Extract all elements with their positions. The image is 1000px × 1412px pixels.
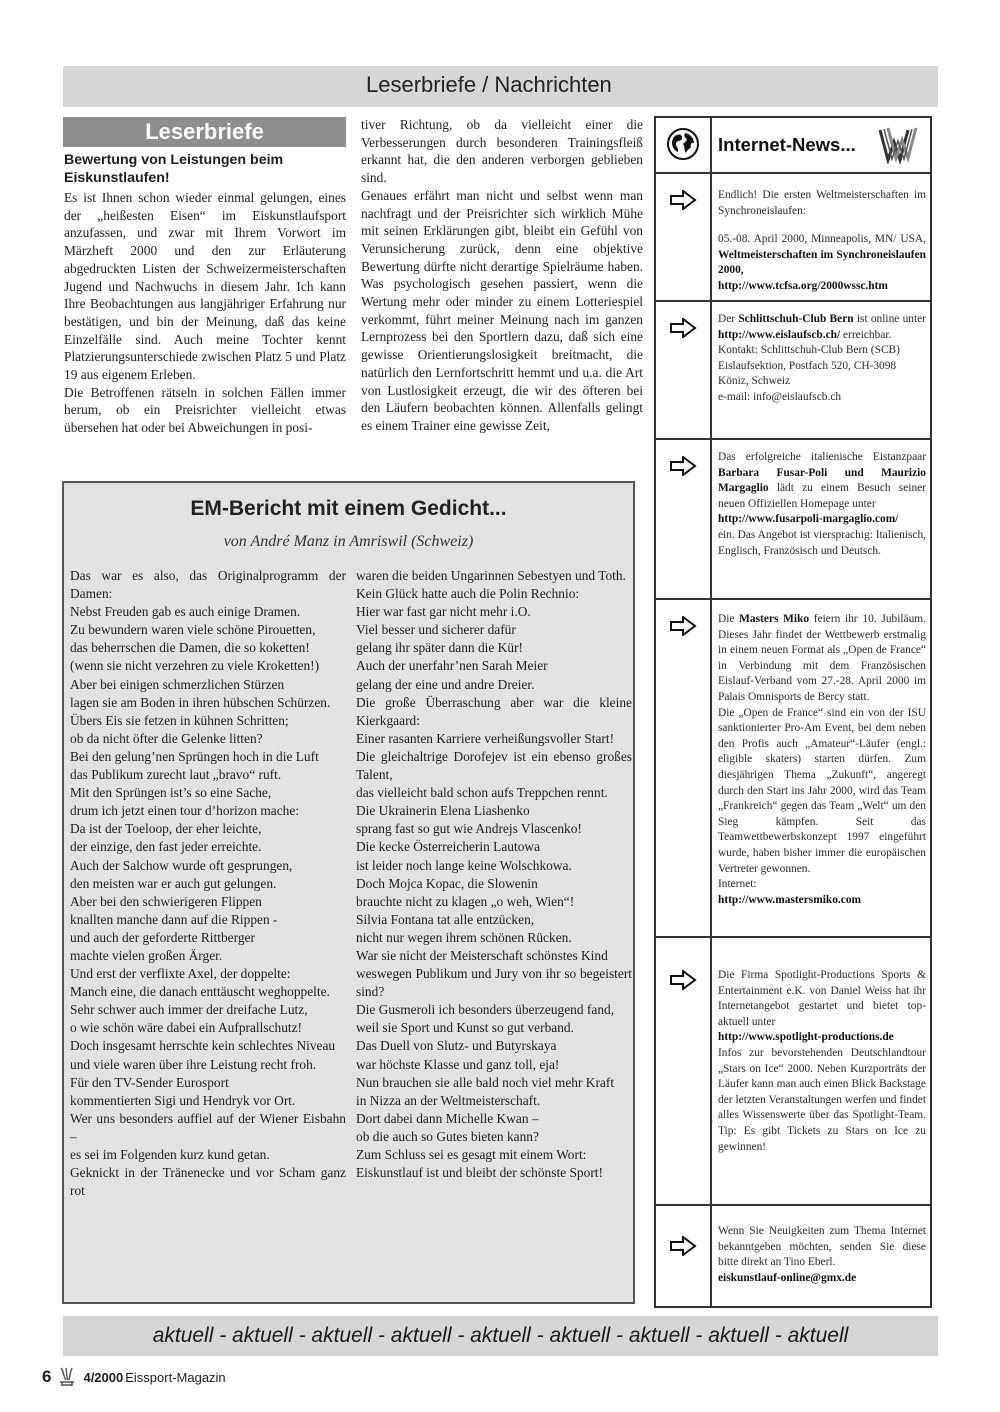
news-text: Die „Open de France“ sind ein von der IS…	[718, 706, 926, 878]
poem-byline: von André Manz in Amriswil (Schweiz)	[64, 533, 633, 551]
poem-line: Geknickt in der Tränenecke und vor Scham…	[70, 1164, 346, 1200]
news-item: Endlich! Die ersten Weltmeisterschaften …	[656, 172, 930, 302]
news-text-plain: Das erfolgreiche italienische Eistanzpaa…	[718, 451, 926, 463]
poem-line: Die große Überraschung aber war die klei…	[356, 694, 632, 730]
news-text: Die Firma Spotlight-Productions Sports &…	[718, 968, 926, 1030]
news-email[interactable]: e-mail: info@eislaufscb.ch	[718, 390, 926, 406]
issue-number: 4/2000	[83, 1370, 123, 1385]
arrow-right-icon	[669, 616, 697, 636]
letter-paragraph: tiver Richtung, ob da vielleicht einer d…	[361, 116, 643, 187]
poem-line: nicht nur wegen ihrem schönen Rücken.	[356, 929, 632, 947]
poem-line: o wie schön wäre dabei ein Aufprallschut…	[70, 1019, 346, 1037]
page-number: 6	[42, 1367, 51, 1387]
internet-news-table: Internet-News... Endlich! Die ersten Wel…	[654, 116, 932, 1308]
w-logo-icon	[878, 126, 920, 164]
poem-line: es sei im Folgenden kurz kund getan.	[70, 1146, 346, 1164]
skater-logo-icon	[57, 1366, 77, 1388]
news-text-plain: Der	[718, 313, 738, 325]
poem-line: ist leider noch lange keine Wolschkowa.	[356, 857, 632, 875]
poem-line: Sehr schwer auch immer der dreifache Lut…	[70, 1001, 346, 1019]
news-email[interactable]: eiskunstlauf-online@gmx.de	[718, 1272, 856, 1284]
arrow-right-icon	[669, 456, 697, 476]
news-text-plain: Die	[718, 613, 739, 625]
news-link[interactable]: http://www.eislaufscb.ch/	[718, 329, 840, 341]
news-item: Die Masters Miko feiern ihr 10. Jubiläum…	[656, 598, 930, 938]
poem-line: Auch der Salchow wurde oft gesprungen,	[70, 857, 346, 875]
internet-news-title: Internet-News...	[718, 134, 856, 156]
poem-line: Übers Eis sie fetzen in kühnen Schritten…	[70, 712, 346, 730]
poem-line: (wenn sie nicht verzehren zu viele Kroke…	[70, 657, 346, 675]
poem-line: Nun brauchen sie alle bald noch viel meh…	[356, 1074, 632, 1092]
poem-line: Für den TV-Sender Eurosport	[70, 1074, 346, 1092]
poem-line: sprang fast so gut wie Andrejs Vlascenko…	[356, 820, 632, 838]
news-contact: Kontakt: Schlittschuh-Club Bern (SCB) Ei…	[718, 343, 926, 390]
poem-line: Nebst Freuden gab es auch einige Dramen.	[70, 603, 346, 621]
poem-line: Viel besser und sicherer dafür	[356, 621, 632, 639]
news-label: Internet:	[718, 877, 926, 893]
news-item: Das erfolgreiche italienische Eistanzpaa…	[656, 438, 930, 600]
poem-line: waren die beiden Ungarinnen Sebestyen un…	[356, 567, 632, 585]
poem-line: Zum Schluss sei es gesagt mit einem Wort…	[356, 1146, 632, 1164]
poem-line: Dort dabei dann Michelle Kwan –	[356, 1110, 632, 1128]
poem-line: Die gleichaltrige Dorofejev ist ein eben…	[356, 748, 632, 784]
poem-line: knallten manche dann auf die Rippen -	[70, 911, 346, 929]
arrow-right-icon	[669, 190, 697, 210]
poem-line: das beherrschen die Damen, die so kokett…	[70, 639, 346, 657]
letter-paragraph: Es ist Ihnen schon wieder einmal gelunge…	[64, 189, 346, 384]
news-text: Das erfolgreiche italienische Eistanzpaa…	[718, 450, 926, 512]
letter-column-2: tiver Richtung, ob da vielleicht einer d…	[361, 116, 643, 435]
poem-line: und viele waren über ihre Leistung recht…	[70, 1056, 346, 1074]
news-link[interactable]: http://www.fusarpoli-margaglio.com/	[718, 513, 898, 525]
poem-line: Das war es also, das Originalprogramm de…	[70, 567, 346, 603]
news-text: Der Schlittschuh-Club Bern ist online un…	[718, 312, 926, 343]
poem-line: lagen sie am Boden in ihren hübschen Sch…	[70, 694, 346, 712]
poem-line: Wer uns besonders auffiel auf der Wiener…	[70, 1110, 346, 1146]
poem-box: EM-Bericht mit einem Gedicht... von Andr…	[62, 481, 635, 1304]
poem-line: machte vielen großen Ärger.	[70, 947, 346, 965]
leserbriefe-label: Leserbriefe	[63, 117, 346, 147]
letter-paragraph: Die Betroffenen rätseln in solchen Fälle…	[64, 384, 346, 437]
page-section-title: Leserbriefe / Nachrichten	[366, 72, 612, 98]
poem-line: Silvia Fontana tat alle entzücken,	[356, 911, 632, 929]
poem-line: Mit den Sprüngen ist’s so eine Sache,	[70, 784, 346, 802]
letter-headline: Bewertung von Leistungen beim Eiskunstla…	[64, 151, 346, 187]
poem-line: Doch insgesamt herrschte kein schlechtes…	[70, 1037, 346, 1055]
news-text-bold: Weltmeisterschaften im Synchroneislaufen…	[718, 249, 926, 277]
leserbriefe-label-bar: Leserbriefe	[63, 117, 346, 147]
news-text: 05.-08. April 2000, Minneapolis, MN/ USA…	[718, 232, 926, 279]
magazine-name: Eissport-Magazin	[125, 1370, 225, 1385]
poem-line: Manch eine, die danach enttäuscht weghop…	[70, 983, 346, 1001]
poem-line: Aber bei einigen schmerzlichen Stürzen	[70, 676, 346, 694]
globe-icon	[666, 127, 700, 161]
news-text: Die Masters Miko feiern ihr 10. Jubiläum…	[718, 612, 926, 706]
poem-line: Einer rasanten Karriere verheißungsvolle…	[356, 730, 632, 748]
arrow-right-icon	[669, 970, 697, 990]
news-text: ein. Das Angebot ist viersprachig: Itali…	[718, 528, 926, 559]
poem-line: war höchste Klasse und ganz toll, eja!	[356, 1056, 632, 1074]
page-footer: 6 4/2000 Eissport-Magazin	[42, 1366, 226, 1388]
bottom-banner-text: aktuell - aktuell - aktuell - aktuell - …	[63, 1316, 938, 1356]
poem-line: Doch Mojca Kopac, die Slowenin	[356, 875, 632, 893]
poem-line: Hier war fast gar nicht mehr i.O.	[356, 603, 632, 621]
poem-line: und auch der geforderte Rittberger	[70, 929, 346, 947]
bottom-banner: aktuell - aktuell - aktuell - aktuell - …	[63, 1316, 938, 1356]
poem-line: Zu bewundern waren viele schöne Pirouett…	[70, 621, 346, 639]
news-link[interactable]: http://www.tcfsa.org/2000wssc.htm	[718, 280, 888, 292]
poem-line: Auch der unerfahr’nen Sarah Meier	[356, 657, 632, 675]
news-text-bold: Masters Miko	[739, 613, 809, 625]
poem-line: Da ist der Toeloop, der eher leichte,	[70, 820, 346, 838]
poem-line: kommentierten Sigi und Hendryk vor Ort.	[70, 1092, 346, 1110]
news-text-plain: erreichbar.	[840, 329, 891, 341]
poem-line: Kein Glück hatte auch die Polin Rechnio:	[356, 585, 632, 603]
internet-news-header: Internet-News...	[656, 118, 930, 172]
news-item: Die Firma Spotlight-Productions Sports &…	[656, 936, 930, 1206]
arrow-right-icon	[669, 1236, 697, 1256]
news-text-plain: 05.-08. April 2000, Minneapolis, MN/ USA…	[718, 233, 926, 245]
poem-right-column: waren die beiden Ungarinnen Sebestyen un…	[356, 567, 632, 1182]
news-text-plain: ist online unter	[854, 313, 926, 325]
poem-title: EM-Bericht mit einem Gedicht...	[64, 497, 633, 521]
news-text: Endlich! Die ersten Weltmeisterschaften …	[718, 188, 926, 219]
poem-line: brauchte nicht zu klagen „o weh, Wien“!	[356, 893, 632, 911]
news-icon-cell	[656, 1206, 712, 1308]
page-header-band: Leserbriefe / Nachrichten	[63, 66, 938, 107]
poem-line: ob die auch so Gutes bieten kann?	[356, 1128, 632, 1146]
poem-line: Eiskunstlauf ist und bleibt der schönste…	[356, 1164, 632, 1182]
poem-line: Aber bei den schwierigeren Flippen	[70, 893, 346, 911]
poem-line: Die kecke Österreicherin Lautowa	[356, 838, 632, 856]
poem-left-column: Das war es also, das Originalprogramm de…	[70, 567, 346, 1200]
arrow-right-icon	[669, 318, 697, 338]
poem-line: Die Gusmeroli ich besonders überzeugend …	[356, 1001, 632, 1019]
poem-line: gelang der eine und andre Dreier.	[356, 676, 632, 694]
poem-line: das vielleicht bald schon aufs Treppchen…	[356, 784, 632, 802]
poem-line: drum ich jetzt einen tour d’horizon mach…	[70, 802, 346, 820]
poem-line: der einzige, den fast jeder erreichte.	[70, 838, 346, 856]
poem-line: Die Ukrainerin Elena Liashenko	[356, 802, 632, 820]
news-text: Wenn Sie Neuigkeiten zum Thema Internet …	[718, 1224, 926, 1271]
news-text-bold: Schlittschuh-Club Bern	[738, 313, 853, 325]
poem-line: den meisten war er auch gut gelungen.	[70, 875, 346, 893]
poem-line: weswegen Publikum und Jury von ihr so be…	[356, 965, 632, 1001]
poem-line: ob da nicht öfter die Gelenke litten?	[70, 730, 346, 748]
poem-line: Das Duell von Slutz- und Butyrskaya	[356, 1037, 632, 1055]
poem-line: gelang ihr später dann die Kür!	[356, 639, 632, 657]
poem-line: weil sie Sport und Kunst so gut verband.	[356, 1019, 632, 1037]
letter-column-1: Es ist Ihnen schon wieder einmal gelunge…	[64, 189, 346, 437]
news-item: Wenn Sie Neuigkeiten zum Thema Internet …	[656, 1204, 930, 1308]
news-icon-cell	[656, 600, 712, 938]
news-text-plain: feiern ihr 10. Jubiläum. Dieses Jahr fin…	[718, 613, 926, 703]
news-text: Infos zur bevorstehenden Deutschlandtour…	[718, 1046, 926, 1155]
news-link[interactable]: http://www.spotlight-productions.de	[718, 1031, 894, 1043]
poem-line: das Publikum zurecht laut „bravo“ ruft.	[70, 766, 346, 784]
poem-line: War sie nicht der Meisterschaft schönste…	[356, 947, 632, 965]
poem-line: in Nizza an der Weltmeisterschaft.	[356, 1092, 632, 1110]
letter-paragraph: Genaues erfährt man nicht und selbst wen…	[361, 187, 643, 435]
poem-line: Und erst der verflixte Axel, der doppelt…	[70, 965, 346, 983]
poem-line: Bei den gelung’nen Sprüngen hoch in die …	[70, 748, 346, 766]
news-item: Der Schlittschuh-Club Bern ist online un…	[656, 300, 930, 440]
news-link[interactable]: http://www.mastersmiko.com	[718, 894, 861, 906]
